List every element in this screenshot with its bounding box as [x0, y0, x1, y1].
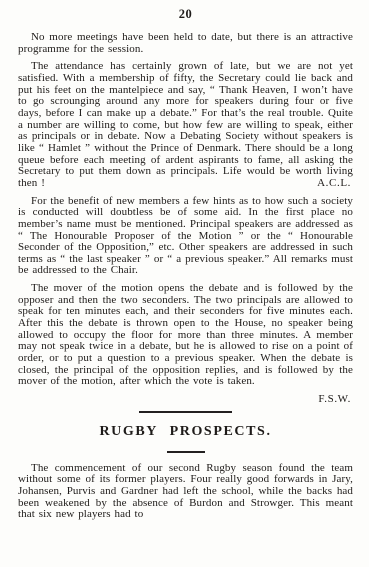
paragraph-meetings: No more meetings have been held to date,…	[18, 32, 353, 55]
paragraph-rugby-commencement: The commencement of our second Rugby sea…	[18, 463, 353, 521]
divider-rule-narrow	[167, 451, 205, 453]
section-heading-rugby-prospects: RUGBY PROSPECTS.	[18, 424, 353, 439]
paragraph-procedure: The mover of the motion opens the debate…	[18, 283, 353, 388]
magazine-page: 20 No more meetings have been held to da…	[0, 0, 369, 567]
paragraph-hints: For the benefit of new members a few hin…	[18, 196, 353, 278]
paragraph-attendance: The attendance has certainly grown of la…	[18, 61, 353, 189]
page-number: 20	[18, 8, 353, 21]
signature-acl: A.C.L.	[317, 178, 351, 190]
signature-fsw: F.S.W.	[18, 394, 353, 406]
divider-rule-wide	[139, 411, 232, 413]
paragraph-text: The attendance has certainly grown of la…	[18, 60, 353, 189]
